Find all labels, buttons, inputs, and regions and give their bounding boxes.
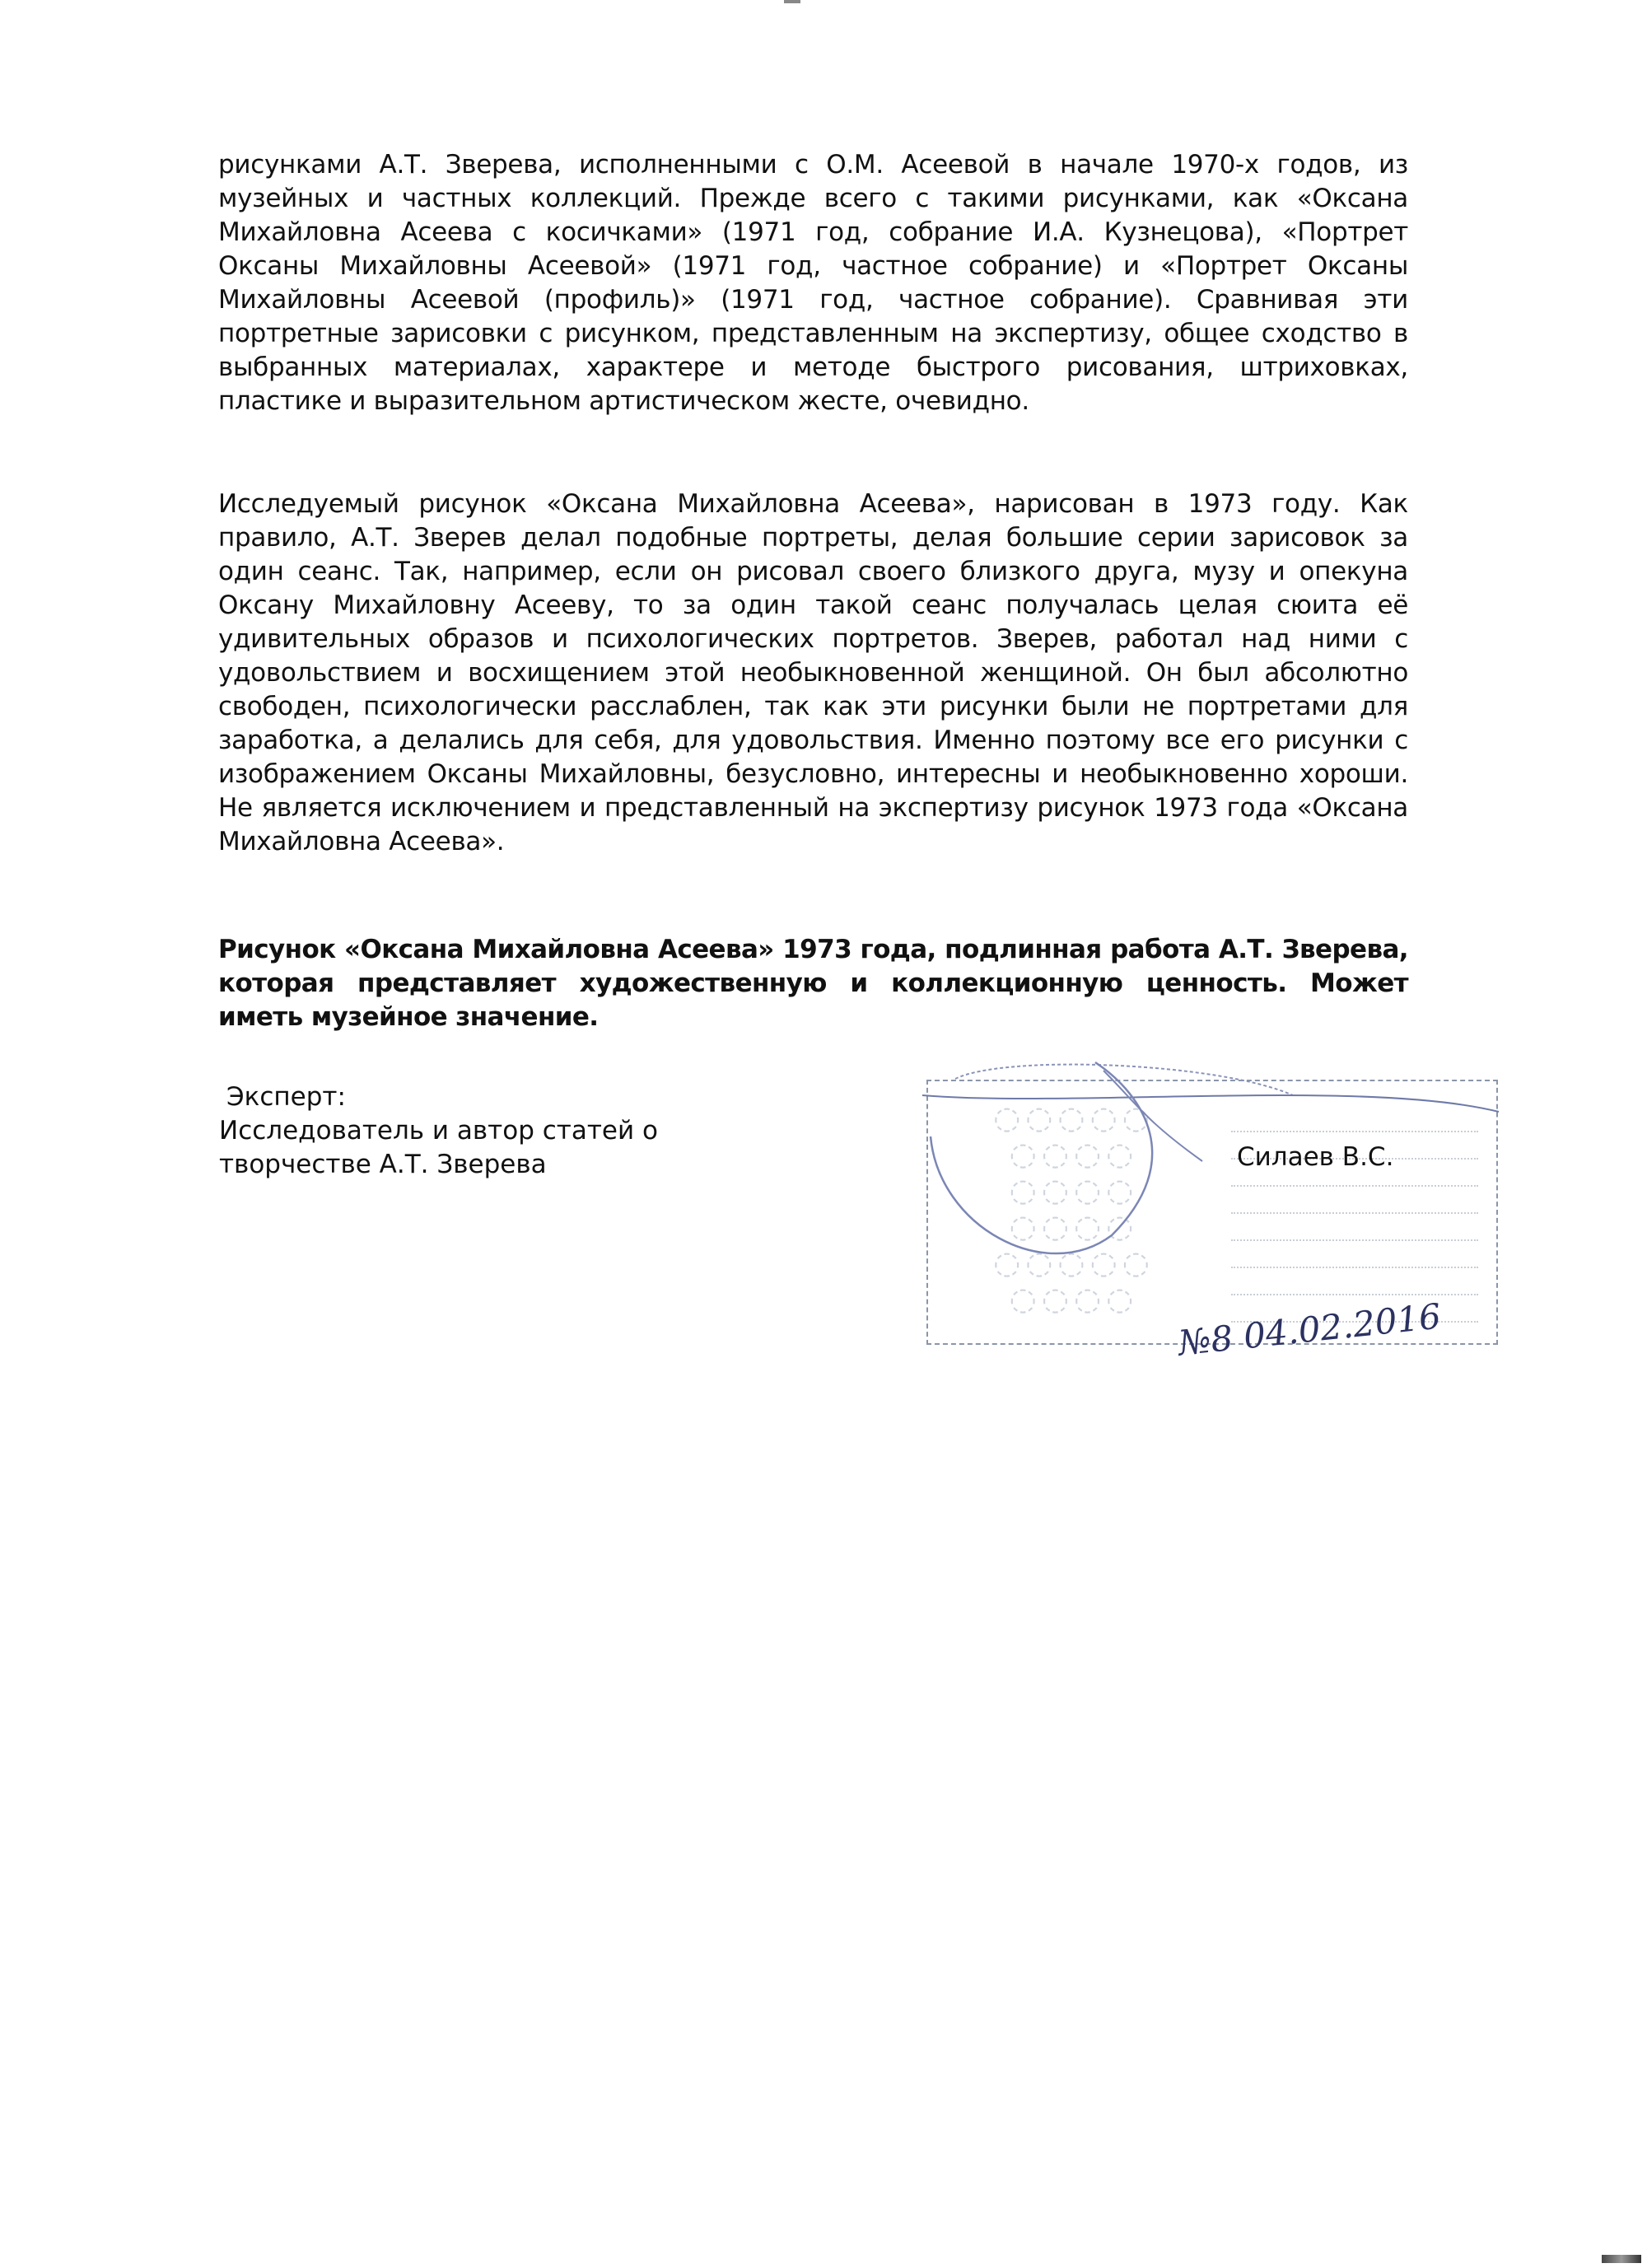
document-page: рисунками А.Т. Зверева, исполненными с О… bbox=[0, 0, 1647, 2268]
paragraph-text: рисунками А.Т. Зверева, исполненными с О… bbox=[218, 148, 1408, 418]
scan-mark-top bbox=[784, 0, 800, 3]
stamp-emblem-icon: ◌◌◌◌◌◌◌◌◌◌◌◌◌◌◌◌◌◌◌◌◌◌◌◌◌◌ bbox=[938, 1099, 1210, 1317]
conclusion-text: Рисунок «Оксана Михайловна Асеева» 1973 … bbox=[218, 933, 1408, 1034]
paragraph-comparison: рисунками А.Т. Зверева, исполненными с О… bbox=[218, 148, 1408, 418]
paragraph-text: Исследуемый рисунок «Оксана Михайловна А… bbox=[218, 488, 1408, 859]
expert-role-line2: творчестве А.Т. Зверева bbox=[219, 1148, 658, 1182]
paragraph-analysis: Исследуемый рисунок «Оксана Михайловна А… bbox=[218, 488, 1408, 859]
expert-label: Эксперт: bbox=[226, 1080, 658, 1114]
expert-role-line1: Исследователь и автор статей о bbox=[219, 1114, 658, 1148]
conclusion: Рисунок «Оксана Михайловна Асеева» 1973 … bbox=[218, 933, 1408, 1034]
scan-mark-bottom bbox=[1602, 2255, 1641, 2263]
expert-name: Силаев В.С. bbox=[1237, 1141, 1393, 1174]
expert-block: Эксперт: Исследователь и автор статей о … bbox=[226, 1080, 658, 1182]
